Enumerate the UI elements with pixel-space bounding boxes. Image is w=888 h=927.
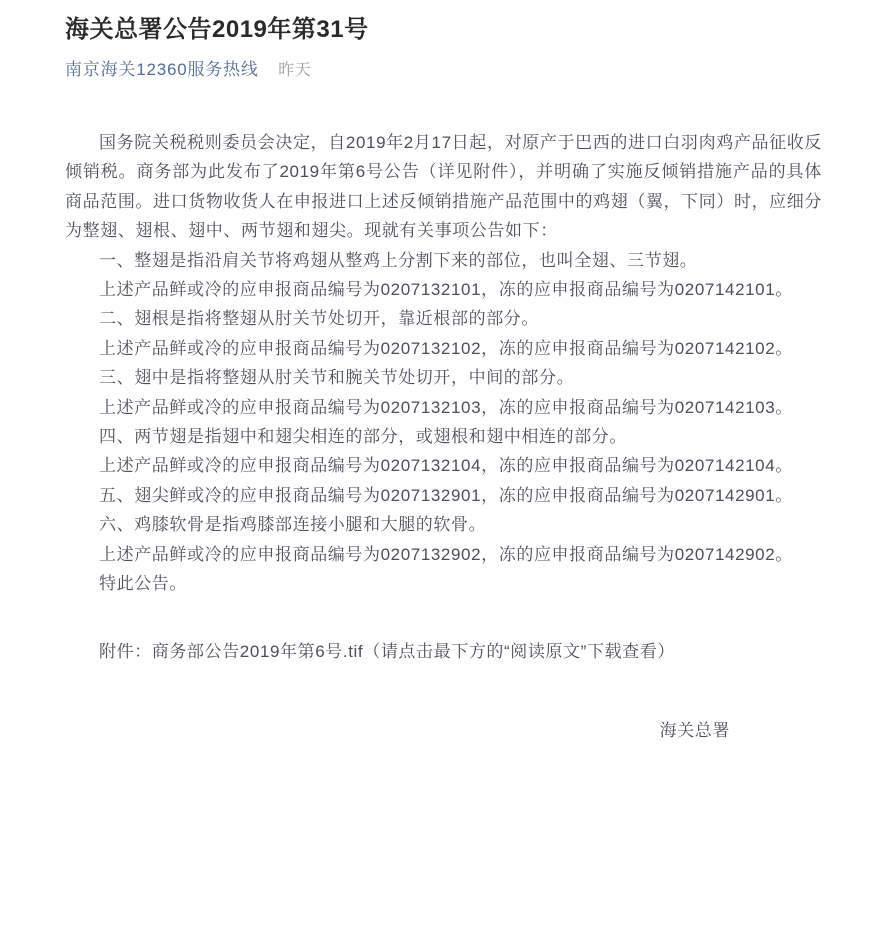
item-3-definition: 三、翅中是指将整翅从肘关节和腕关节处切开，中间的部分。 bbox=[65, 363, 822, 392]
issuer-signature: 海关总署 bbox=[65, 716, 822, 745]
item-2-codes: 上述产品鲜或冷的应申报商品编号为0207132102，冻的应申报商品编号为020… bbox=[65, 334, 822, 363]
item-1-definition: 一、整翅是指沿肩关节将鸡翅从整鸡上分割下来的部位，也叫全翅、三节翅。 bbox=[65, 246, 822, 275]
publish-time: 昨天 bbox=[278, 62, 311, 79]
item-2-definition: 二、翅根是指将整翅从肘关节处切开，靠近根部的部分。 bbox=[65, 304, 822, 333]
item-4-definition: 四、两节翅是指翅中和翅尖相连的部分，或翅根和翅中相连的部分。 bbox=[65, 422, 822, 451]
page-title: 海关总署公告2019年第31号 bbox=[65, 14, 822, 45]
attachment-note: 附件：商务部公告2019年第6号.tif（请点击最下方的“阅读原文”下载查看） bbox=[65, 637, 822, 666]
closing-statement: 特此公告。 bbox=[65, 569, 822, 598]
item-3-codes: 上述产品鲜或冷的应申报商品编号为0207132103，冻的应申报商品编号为020… bbox=[65, 393, 822, 422]
item-4-codes: 上述产品鲜或冷的应申报商品编号为0207132104，冻的应申报商品编号为020… bbox=[65, 451, 822, 480]
item-5-codes: 五、翅尖鲜或冷的应申报商品编号为0207132901，冻的应申报商品编号为020… bbox=[65, 481, 822, 510]
item-6-definition: 六、鸡膝软骨是指鸡膝部连接小腿和大腿的软骨。 bbox=[65, 510, 822, 539]
article-page: 海关总署公告2019年第31号 南京海关12360服务热线 昨天 国务院关税税则… bbox=[0, 0, 888, 927]
byline: 南京海关12360服务热线 昨天 bbox=[65, 59, 822, 81]
paragraph-intro: 国务院关税税则委员会决定，自2019年2月17日起，对原产于巴西的进口白羽肉鸡产… bbox=[65, 128, 822, 246]
item-6-codes: 上述产品鲜或冷的应申报商品编号为0207132902，冻的应申报商品编号为020… bbox=[65, 540, 822, 569]
account-name-link[interactable]: 南京海关12360服务热线 bbox=[65, 60, 259, 79]
article-body: 国务院关税税则委员会决定，自2019年2月17日起，对原产于巴西的进口白羽肉鸡产… bbox=[65, 128, 822, 745]
item-1-codes: 上述产品鲜或冷的应申报商品编号为0207132101，冻的应申报商品编号为020… bbox=[65, 275, 822, 304]
